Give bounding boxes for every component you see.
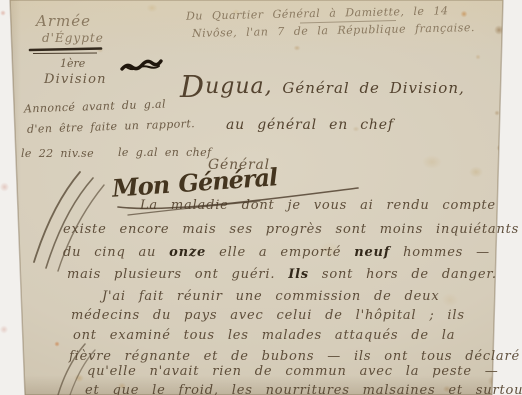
letterhead-army: Armée — [36, 12, 91, 30]
body-text: sont hors de danger. — [309, 267, 497, 282]
letterhead-division-ordinal: 1ère — [60, 57, 85, 70]
body-line: La maladie dont je vous ai rendu compte — [140, 198, 496, 213]
margin-note: le 22 niv.se — [21, 147, 94, 160]
body-line: et que le froid, les nourritures malsain… — [85, 383, 522, 395]
scanned-letter: Armée d'Égypte 1ère Division Du Quartier… — [0, 0, 522, 395]
body-line: existe encore mais ses progrès sont moin… — [63, 222, 519, 237]
addressed-to: au général en chef — [226, 117, 394, 133]
margin-note: le g.al en chef — [118, 146, 212, 159]
scanner-smudge — [0, 325, 8, 334]
scanner-smudge — [0, 10, 6, 16]
letterhead-egypte: d'Égypte — [42, 31, 104, 45]
body-text: mais plusieurs ont guéri. — [67, 267, 288, 282]
body-line: ont examiné tous les malades attaqués de… — [73, 328, 455, 343]
recipient-initial: D — [180, 70, 205, 105]
body-text: elle a emporté — [206, 245, 354, 260]
recipient-name: ugua, — [205, 74, 273, 99]
body-text: du cinq au — [63, 245, 169, 260]
body-correction: neuf — [354, 245, 390, 260]
body-line: mais plusieurs ont guéri. Ils sont hors … — [67, 267, 497, 282]
body-line: du cinq au onze elle a emporté neuf homm… — [63, 245, 490, 260]
body-line: médecins du pays avec celui de l'hôpital… — [71, 308, 465, 323]
body-correction: onze — [169, 245, 206, 260]
body-line: fièvre régnante et de bubons — ils ont t… — [69, 349, 520, 364]
recipient-line: Dugua, Général de Division, — [180, 74, 465, 99]
scanner-smudge — [0, 182, 9, 192]
recipient-title: Général de Division, — [282, 79, 464, 97]
body-text: hommes — — [390, 245, 490, 260]
letterhead-division: Division — [44, 72, 107, 87]
body-line: qu'elle n'avait rien de commun avec la p… — [87, 364, 499, 379]
body-line: J'ai fait réunir une commission de deux — [102, 289, 439, 304]
body-correction: Ils — [288, 267, 309, 282]
